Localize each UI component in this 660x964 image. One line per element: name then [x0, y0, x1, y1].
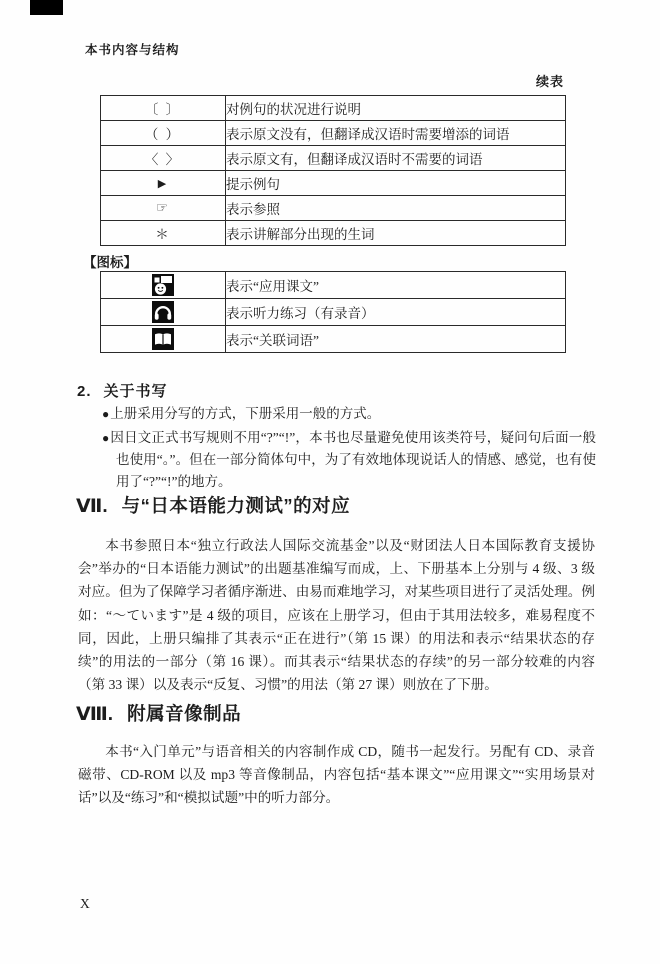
section-title: 关于书写	[104, 383, 168, 400]
jlpt-paragraph: 本书参照日本“独立行政法人国际交流基金”以及“财团法人日本国际教育支援协会”举办…	[78, 534, 595, 696]
running-header: 本书内容与结构	[85, 40, 180, 58]
icon-cell	[101, 272, 226, 299]
section-title: 与“日本语能力测试”的对应	[122, 495, 351, 516]
symbol-cell: 〔 〕	[101, 96, 226, 121]
page-number: X	[80, 896, 90, 912]
table-row: 表示“应用课文”	[101, 272, 566, 299]
dialogue-icon	[152, 274, 174, 296]
section-title: 附属音像制品	[127, 703, 241, 724]
description-cell: 表示讲解部分出现的生词	[226, 221, 566, 246]
table-row: （ ） 表示原文没有，但翻译成汉语时需要增添的词语	[101, 121, 566, 146]
table-continued-label: 续表	[536, 71, 564, 90]
roman-numeral: Ⅶ.	[76, 496, 108, 517]
av-paragraph: 本书“入门单元”与语音相关的内容制作成 CD，随书一起发行。另配有 CD、录音磁…	[78, 740, 595, 810]
icon-table: 表示“应用课文” 表示听力练习（有录音）	[100, 271, 566, 353]
description-cell: 对例句的状况进行说明	[226, 96, 566, 121]
section-jlpt-heading: Ⅶ.与“日本语能力测试”的对应	[76, 492, 350, 518]
description-cell: 表示原文有，但翻译成汉语时不需要的词语	[226, 146, 566, 171]
table-row: 〈 〉 表示原文有，但翻译成汉语时不需要的词语	[101, 146, 566, 171]
table-row: ☞ 表示参照	[101, 196, 566, 221]
symbol-table: 〔 〕 对例句的状况进行说明 （ ） 表示原文没有，但翻译成汉语时需要增添的词语…	[100, 95, 566, 246]
table-row: 表示“关联词语”	[101, 326, 566, 353]
description-cell: 表示听力练习（有录音）	[226, 299, 566, 326]
headphones-icon	[152, 301, 174, 323]
table-row: 表示听力练习（有录音）	[101, 299, 566, 326]
description-cell: 提示例句	[226, 171, 566, 196]
description-cell: 表示参照	[226, 196, 566, 221]
symbol-cell: ▶	[101, 171, 226, 196]
icon-cell	[101, 299, 226, 326]
roman-numeral: Ⅷ.	[76, 704, 113, 725]
scan-corner-mark	[30, 0, 63, 15]
table-row: ▶ 提示例句	[101, 171, 566, 196]
section-number: 2.	[77, 383, 92, 400]
list-item: ●上册采用分写的方式，下册采用一般的方式。	[102, 403, 596, 426]
bullet-icon: ●	[102, 431, 109, 445]
section-av-heading: Ⅷ.附属音像制品	[76, 700, 241, 726]
open-book-icon	[152, 328, 174, 350]
table-row: 〔 〕 对例句的状况进行说明	[101, 96, 566, 121]
symbol-cell: ☞	[101, 196, 226, 221]
bullet-text: 因日文正式书写规则不用“?”“!”，本书也尽量避免使用该类符号，疑问句后面一般也…	[110, 430, 596, 489]
table-row: ＊ 表示讲解部分出现的生词	[101, 221, 566, 246]
description-cell: 表示“应用课文”	[226, 272, 566, 299]
symbol-cell: （ ）	[101, 121, 226, 146]
icon-cell	[101, 326, 226, 353]
section-writing-heading: 2.关于书写	[77, 380, 168, 401]
description-cell: 表示“关联词语”	[226, 326, 566, 353]
writing-bullet-list: ●上册采用分写的方式，下册采用一般的方式。 ●因日文正式书写规则不用“?”“!”…	[102, 403, 596, 493]
list-item: ●因日文正式书写规则不用“?”“!”，本书也尽量避免使用该类符号，疑问句后面一般…	[102, 427, 596, 493]
bullet-icon: ●	[102, 407, 109, 421]
symbol-cell: 〈 〉	[101, 146, 226, 171]
symbol-cell: ＊	[101, 221, 226, 246]
description-cell: 表示原文没有，但翻译成汉语时需要增添的词语	[226, 121, 566, 146]
icon-section-label: 【图标】	[83, 251, 137, 271]
bullet-text: 上册采用分写的方式，下册采用一般的方式。	[110, 406, 380, 421]
scanned-book-page: 本书内容与结构 续表 〔 〕 对例句的状况进行说明 （ ） 表示原文没有，但翻译…	[0, 0, 660, 964]
